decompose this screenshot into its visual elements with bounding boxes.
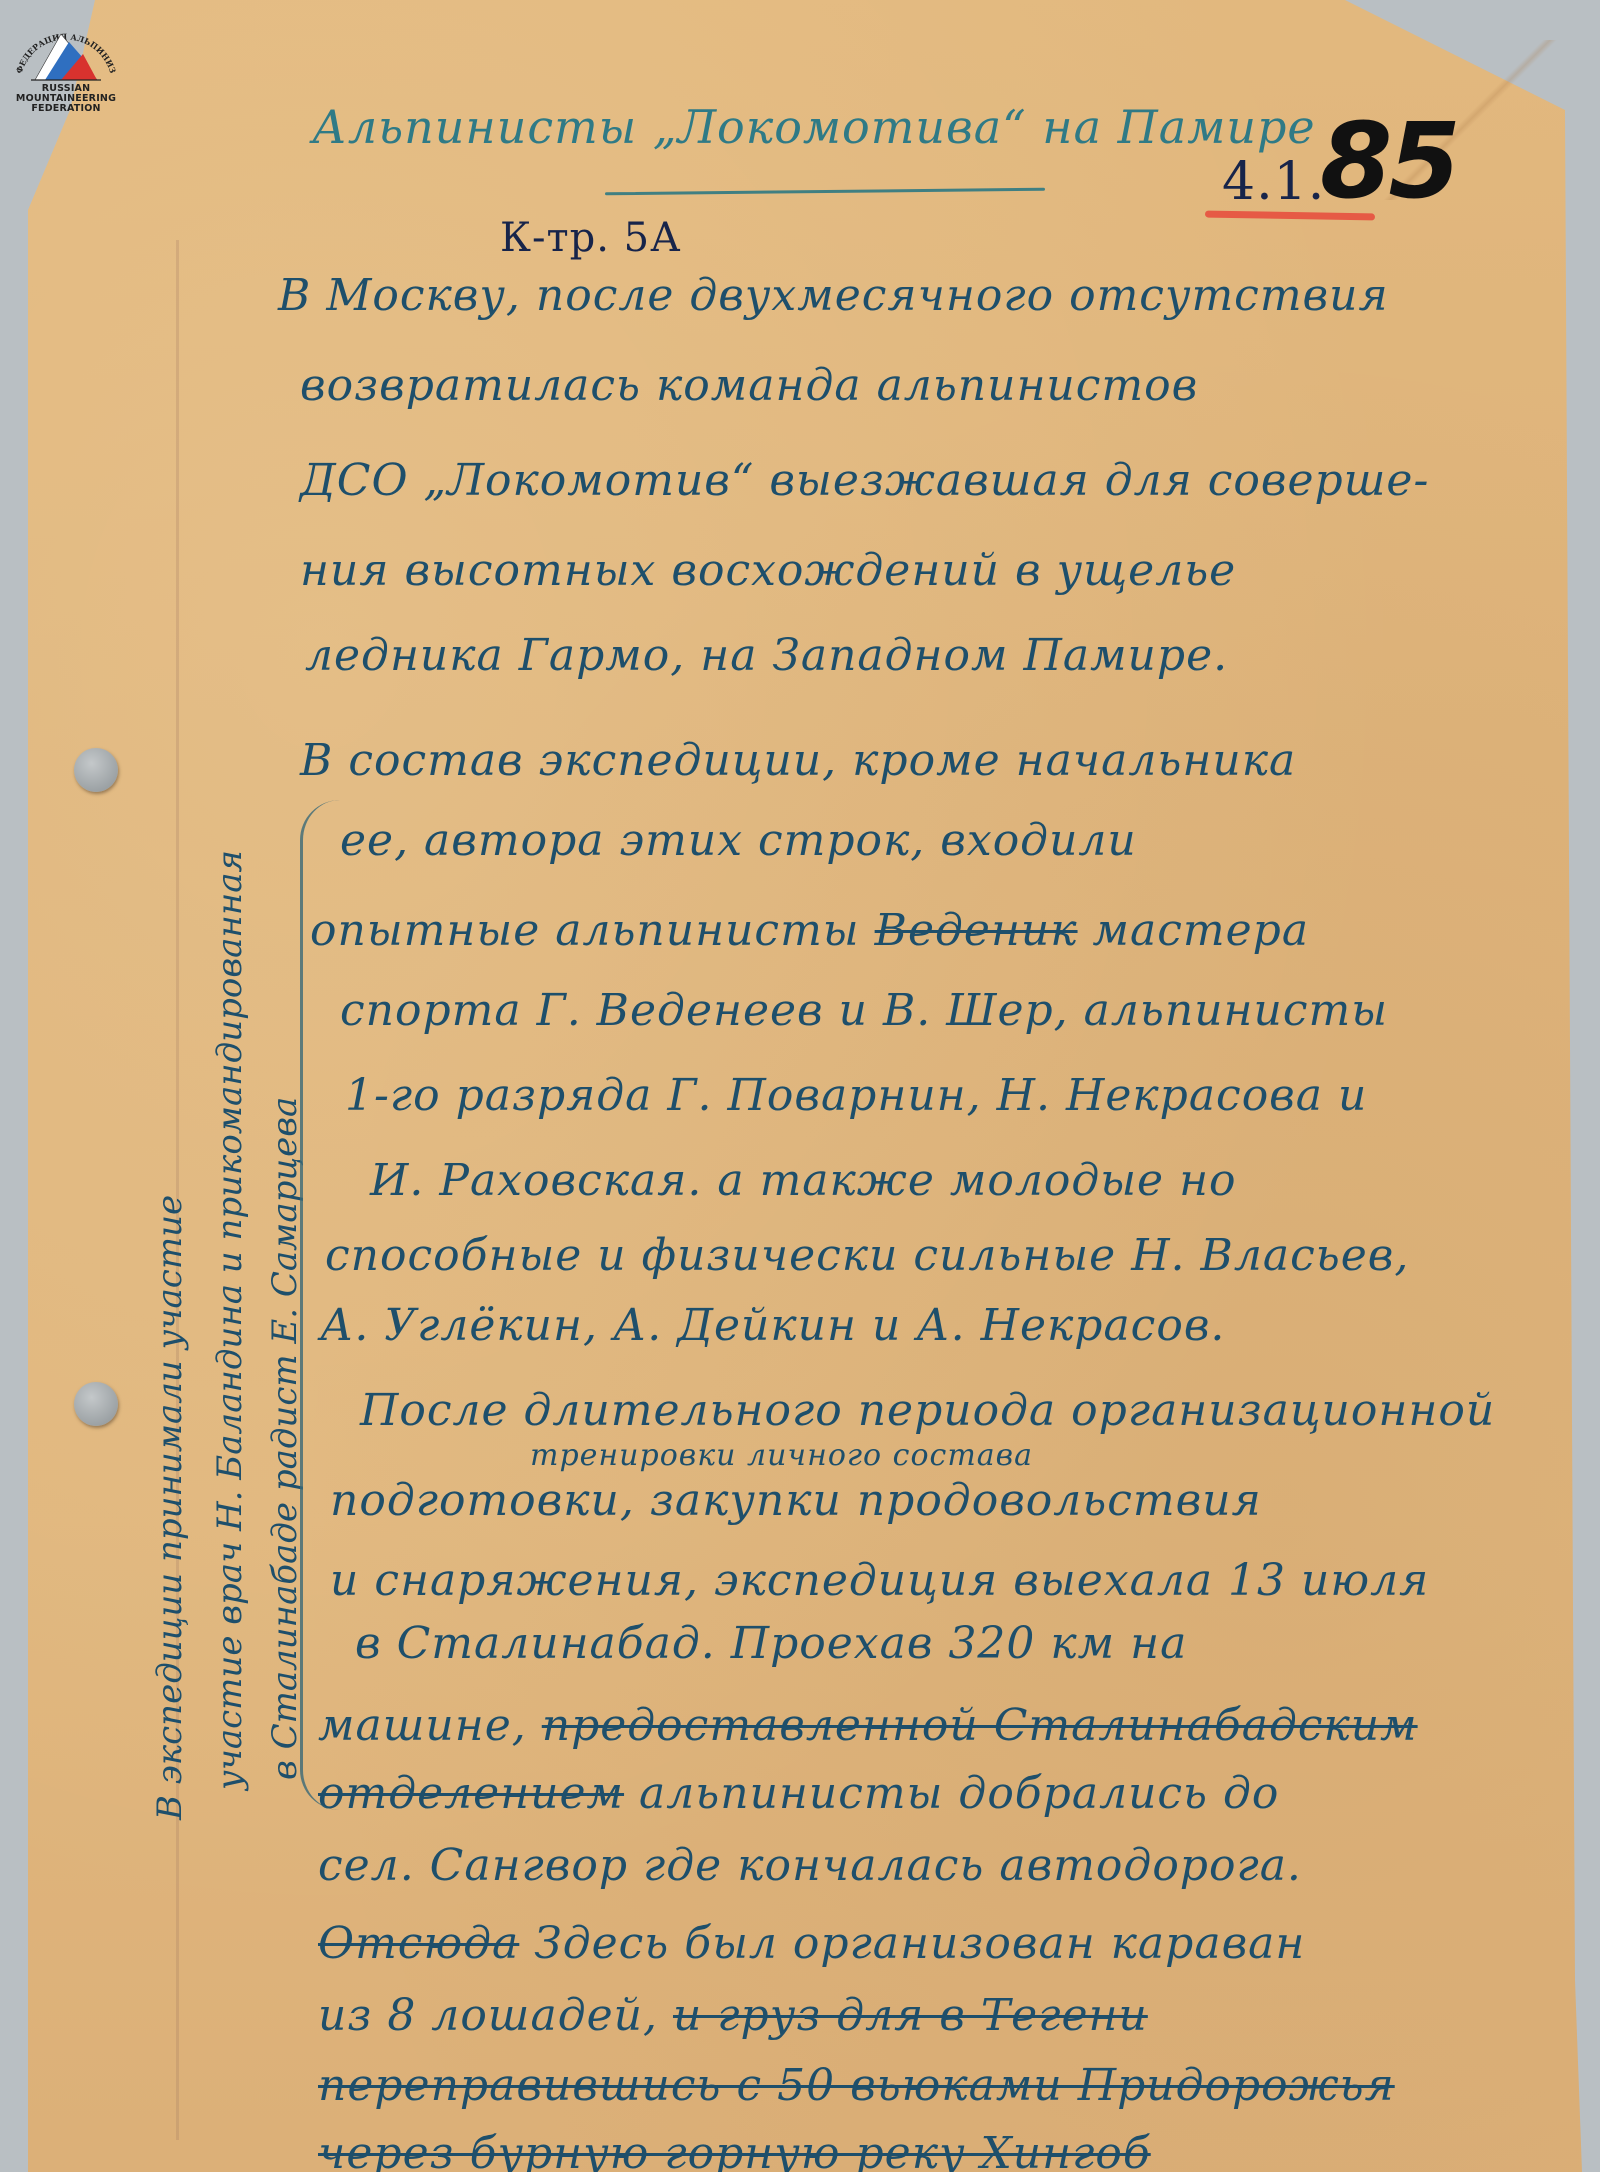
strikethrough-text: через бурную горную реку Хингоб — [318, 2128, 1151, 2172]
margin-note-3: в Сталинабаде радист Е. Самарцева — [265, 1097, 305, 1780]
body-line-2: возвратилась команда альпинистов — [300, 360, 1198, 411]
folio-stamp: 85 — [1320, 100, 1457, 222]
body-line-18: машине, предоставленной Сталинабадским — [318, 1700, 1418, 1751]
punch-hole-top — [74, 748, 118, 792]
body-line-14: После длительного периода организационно… — [360, 1385, 1495, 1436]
body-line-16: и снаряжения, экспедиция выехала 13 июля — [330, 1555, 1429, 1606]
body-line-17: в Сталинабад. Проехав 320 км на — [355, 1618, 1187, 1669]
folio-handwritten: 4.1. — [1222, 152, 1325, 212]
body-line-7: ее, автора этих строк, входили — [340, 815, 1137, 866]
reference-code: К-тр. 5А — [500, 215, 681, 261]
body-line-8-text: опытные альпинисты — [310, 905, 860, 956]
body-line-5: ледника Гармо, на Западном Памире. — [305, 630, 1228, 681]
federation-logo: ФЕДЕРАЦИЯ АЛЬПИНИЗМА РОССИИ RUSSIAN MOUN… — [6, 6, 126, 114]
document-title: Альпинисты „Локомотива“ на Памире — [312, 100, 1316, 154]
body-line-11: И. Раховская. а также молодые но — [370, 1155, 1237, 1206]
strikethrough-text: предоставленной Сталинабадским — [542, 1700, 1418, 1751]
body-line-21: Отсюда Здесь был организован караван — [318, 1918, 1305, 1969]
body-line-24: через бурную горную реку Хингоб — [318, 2128, 1151, 2172]
body-line-22-text: из 8 лошадей, — [318, 1990, 658, 2041]
body-line-19: отделением альпинисты добрались до — [318, 1768, 1279, 1819]
inserted-text: тренировки личного состава — [530, 1438, 1033, 1473]
body-line-8: опытные альпинисты Веденик мастера — [310, 905, 1309, 956]
body-line-13: А. Углёкин, А. Дейкин и А. Некрасов. — [320, 1300, 1225, 1351]
strikethrough-text: отделением — [318, 1768, 624, 1819]
body-line-10: 1-го разряда Г. Поварнин, Н. Некрасова и — [345, 1070, 1367, 1121]
body-line-3: ДСО „Локомотив“ выезжавшая для соверше- — [300, 455, 1429, 506]
body-line-6: В состав экспедиции, кроме начальника — [300, 735, 1296, 786]
body-line-21-text: Здесь был организован караван — [534, 1918, 1305, 1969]
margin-note-2: участие врач Н. Баландина и прикомандиро… — [210, 850, 250, 1790]
strikethrough-text: и груз для в Тегени — [673, 1990, 1148, 2041]
logo-text-line3: FEDERATION — [31, 104, 100, 114]
body-line-12: способные и физически сильные Н. Власьев… — [325, 1230, 1409, 1281]
body-line-4: ния высотных восхождений в ущелье — [300, 545, 1236, 596]
body-line-18-text: машине, — [318, 1700, 527, 1751]
mountain-flag-icon: ФЕДЕРАЦИЯ АЛЬПИНИЗМА РОССИИ — [11, 6, 121, 84]
strikethrough-text: Отсюда — [318, 1918, 519, 1969]
fold-crease — [176, 240, 179, 2140]
body-line-1: В Москву, после двухмесячного отсутствия — [278, 270, 1389, 321]
margin-note-1: В экспедиции принимали участие — [150, 1195, 190, 1820]
strikethrough-text: Веденик — [875, 905, 1078, 956]
body-line-22: из 8 лошадей, и груз для в Тегени — [318, 1990, 1148, 2041]
body-line-8-text-after: мастера — [1093, 905, 1310, 956]
margin-bracket — [300, 800, 343, 1810]
body-line-19-text: альпинисты добрались до — [639, 1768, 1279, 1819]
body-line-20: сел. Сангвор где кончалась автодорога. — [318, 1840, 1302, 1891]
body-line-23: переправившись с 50 вьюками Придорожья — [318, 2060, 1395, 2111]
strikethrough-text: переправившись с 50 вьюками Придорожья — [318, 2060, 1395, 2111]
body-line-15: подготовки, закупки продовольствия — [330, 1475, 1262, 1526]
body-line-9: спорта Г. Веденеев и В. Шер, альпинисты — [340, 985, 1388, 1036]
punch-hole-bottom — [74, 1382, 118, 1426]
